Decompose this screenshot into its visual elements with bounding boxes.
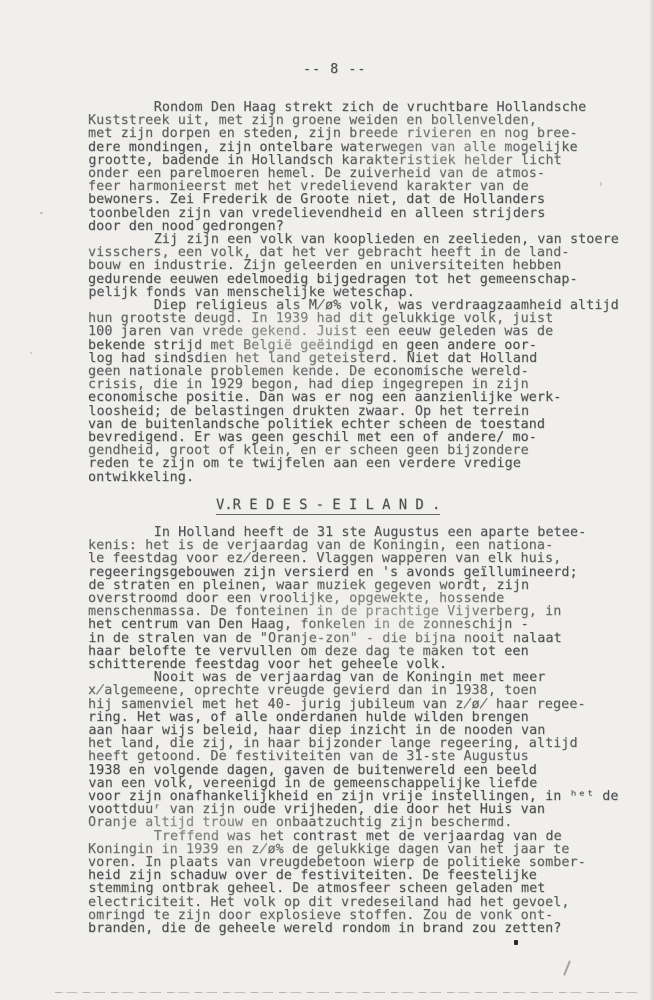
- page-number: -- 8 --: [303, 63, 366, 77]
- text-line: loosheid; de belastingen drukten zwaar. …: [88, 405, 628, 418]
- text-line: hij samenviel met het 40- jurig jubileum…: [88, 698, 628, 711]
- document-body: Rondom Den Haag strekt zich de vruchtbar…: [88, 101, 628, 935]
- scanned-document-page: -- 8 -- Rondom Den Haag strekt zich de v…: [0, 0, 654, 1000]
- text-line: ontwikkeling.: [88, 471, 628, 484]
- text-line: heeft getoond. De festiviteiten van de 3…: [88, 750, 628, 763]
- text-line: Koningin in 1939 en z̸ø% de gelukkige da…: [88, 843, 628, 856]
- scan-speck-dot: [514, 940, 518, 945]
- text-line: in de stralen van de "Oranje-zon" - die …: [88, 632, 628, 645]
- paragraph-religion-crisis: Diep religieus als M̸ø% volk, was verdra…: [88, 299, 628, 484]
- text-line: de straten en pleinen, waar muziek gegev…: [88, 579, 628, 592]
- text-line: crisis, die in 1929 begon, had diep inge…: [88, 378, 628, 391]
- scan-speck-faint: [40, 212, 43, 214]
- text-line: Treffend was het contrast met de verjaar…: [88, 830, 628, 843]
- text-line: reden te zijn om te twijfelen aan een ve…: [88, 457, 628, 470]
- text-line: haar belofte te vervullen om deze dag te…: [88, 645, 628, 658]
- text-line: electriciteit. Het volk op dit vredeseil…: [88, 896, 628, 909]
- scan-artifact-bottom-line: [55, 992, 640, 993]
- paragraph-contrast-1939: Treffend was het contrast met de verjaar…: [88, 830, 628, 936]
- text-line: branden, die de geheele wereld rondom in…: [88, 922, 628, 935]
- text-line: bouw en industrie. Zijn geleerden en uni…: [88, 259, 628, 272]
- scan-edge-shadow: [649, 0, 654, 1000]
- text-line: van een volk, vereenigd in de gemeenscha…: [88, 777, 628, 790]
- text-line: toonbelden zijn van vredelievendheid en …: [88, 207, 628, 220]
- paragraph-coastline: Rondom Den Haag strekt zich de vruchtbar…: [88, 101, 628, 233]
- paragraph-merchants: Zij zijn een volk van kooplieden en zeel…: [88, 233, 628, 299]
- text-line: menschenmassa. De fonteinen in de pracht…: [88, 605, 628, 618]
- text-line: stemming ontbrak geheel. De atmosfeer sc…: [88, 882, 628, 895]
- scan-speck-faint: [30, 352, 32, 354]
- text-line: omringd te zijn door explosieve stoffen.…: [88, 909, 628, 922]
- text-line: le feestdag voor ez̸dereen. Vlaggen wapp…: [88, 552, 628, 565]
- section-heading-vredes-eiland: V.R E D E S - E I L A N D .: [216, 498, 440, 515]
- text-line: 100 jaren van vrede gekend. Juist een ee…: [88, 325, 628, 338]
- text-line: feer harmonieerst met het vredelievend k…: [88, 180, 628, 193]
- scan-speck-faint: [600, 182, 602, 186]
- text-line: x̸algemeene, oprechte vreugde gevierd da…: [88, 684, 628, 697]
- text-line: voren. In plaats van vreugdebetoon wierp…: [88, 856, 628, 869]
- text-line: met zijn dorpen en steden, zijn breede r…: [88, 127, 628, 140]
- paragraph-queens-birthday: In Holland heeft de 31 ste Augustus een …: [88, 526, 628, 671]
- scan-speck-scratch: [563, 960, 570, 975]
- paragraph-jubilee-1938: Nooit was de verjaardag van de Koningin …: [88, 671, 628, 829]
- section-heading-row: V.R E D E S - E I L A N D .: [216, 494, 628, 515]
